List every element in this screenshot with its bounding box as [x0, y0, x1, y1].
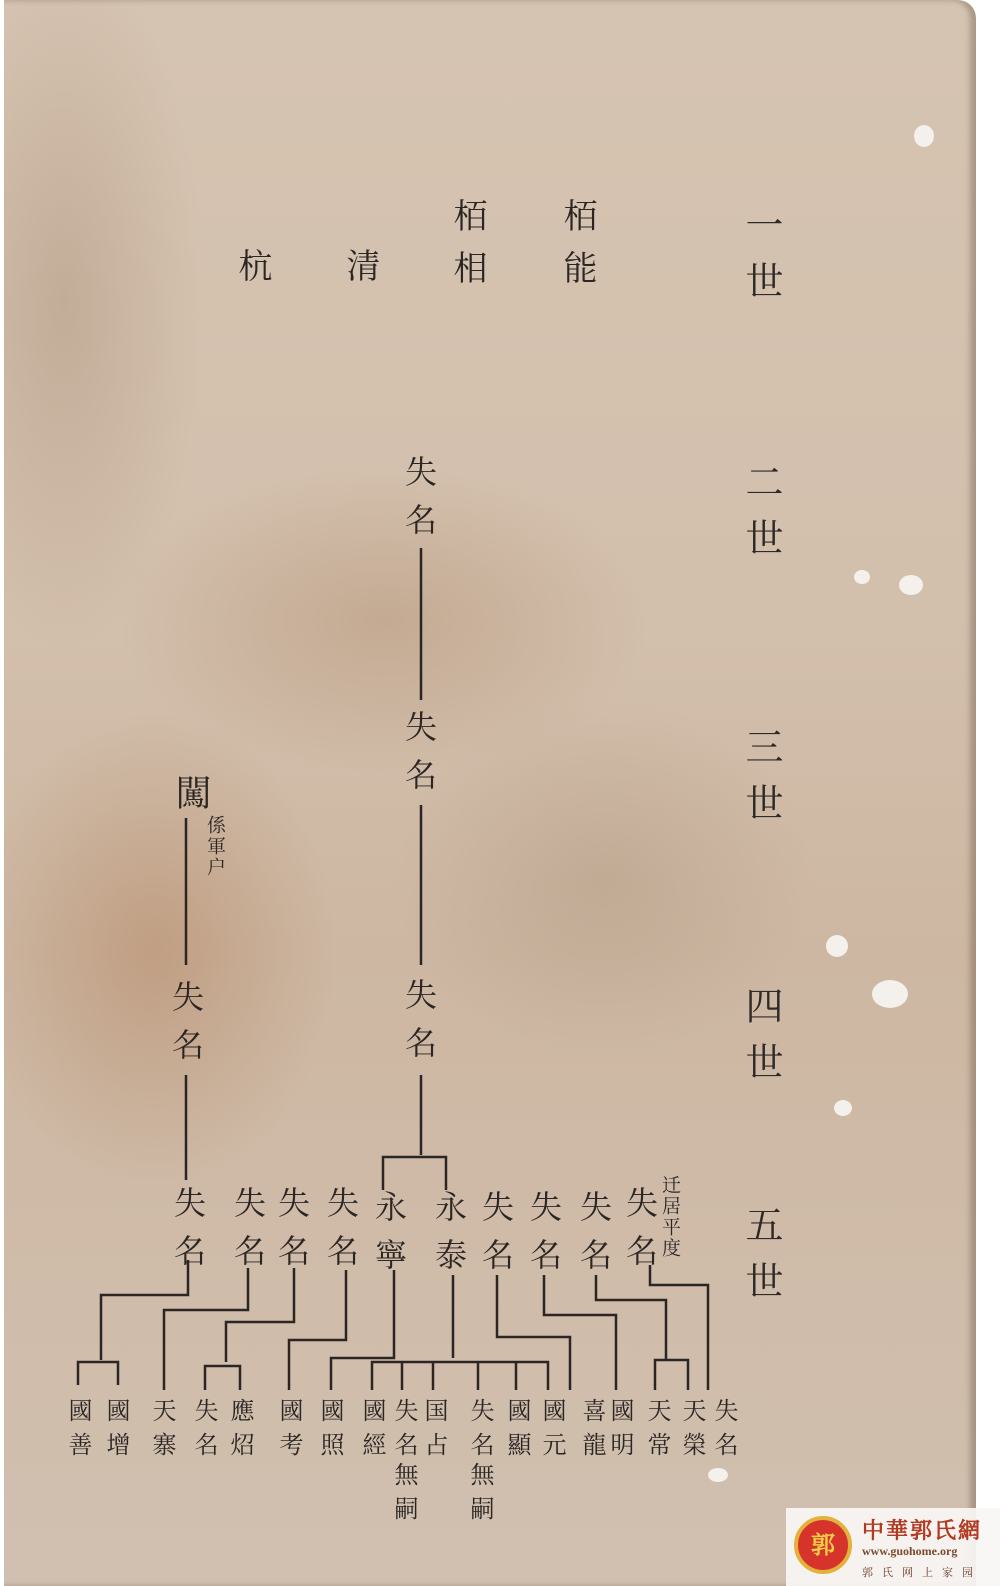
gen5-name: 永泰	[433, 1190, 465, 1286]
gen1-name: 杭	[235, 248, 269, 300]
gen6-name: 國明	[608, 1398, 632, 1466]
gen5-name: 永寧	[373, 1190, 405, 1286]
gen6-name: 喜龍	[580, 1398, 604, 1466]
gen5-name: 失名	[232, 1186, 264, 1282]
gen6-name: 天常	[645, 1398, 669, 1466]
watermark-subtitle: 郭氏网上家园	[862, 1564, 982, 1580]
gen2-name: 失名	[403, 455, 435, 551]
gen3-left-name: 闖	[172, 774, 208, 826]
generation-label-4: 四世	[742, 986, 780, 1098]
gen5-name: 失名	[528, 1190, 560, 1286]
gen6-note: 無嗣	[392, 1462, 416, 1530]
gen6-name: 失名	[468, 1398, 492, 1466]
gen5-name: 失名	[325, 1186, 357, 1282]
watermark-title: 中華郭氏網	[862, 1514, 982, 1545]
gen4-left-name: 失名	[170, 980, 202, 1076]
gen6-name: 國增	[104, 1398, 128, 1466]
gen5-name: 失名	[172, 1186, 204, 1282]
gen6-name: 失名	[712, 1398, 736, 1466]
gen1-name: 栢相	[450, 198, 484, 302]
gen6-name: 國善	[66, 1398, 90, 1466]
generation-label-2: 二世	[742, 462, 780, 574]
gen6-name: 應炤	[228, 1398, 252, 1466]
gen6-name: 失名	[192, 1398, 216, 1466]
gen6-name: 國元	[540, 1398, 564, 1466]
gen6-name: 国占	[422, 1398, 446, 1466]
gen1-name: 栢能	[560, 198, 594, 302]
gen3-left-note: 係軍户	[205, 815, 224, 878]
gen6-name: 失名	[392, 1398, 416, 1466]
generation-label-5: 五世	[742, 1205, 780, 1317]
gen6-name: 國經	[360, 1398, 384, 1466]
gen6-name: 天寨	[150, 1398, 174, 1466]
tree-lines	[0, 0, 1000, 1586]
gen5-note: 迁居平度	[660, 1175, 679, 1259]
gen6-name: 天榮	[680, 1398, 704, 1466]
gen6-name: 國顯	[505, 1398, 529, 1466]
gen6-name: 國照	[318, 1398, 342, 1466]
gen4-name: 失名	[403, 978, 435, 1074]
gen5-name: 失名	[624, 1186, 656, 1282]
generation-label-1: 一世	[742, 205, 780, 317]
gen6-note: 無嗣	[468, 1462, 492, 1530]
gen3-name: 失名	[403, 710, 435, 806]
gen5-name: 失名	[480, 1190, 512, 1286]
gen5-name: 失名	[578, 1190, 610, 1286]
generation-label-3: 三世	[742, 727, 780, 839]
gen1-name: 清	[343, 248, 377, 300]
watermark-logo: 郭 中華郭氏網 www.guohome.org 郭氏网上家园	[786, 1508, 1000, 1586]
seal-icon: 郭	[794, 1516, 852, 1574]
watermark-url: www.guohome.org	[862, 1544, 957, 1559]
gen5-name: 失名	[276, 1186, 308, 1282]
gen6-name: 國考	[277, 1398, 301, 1466]
